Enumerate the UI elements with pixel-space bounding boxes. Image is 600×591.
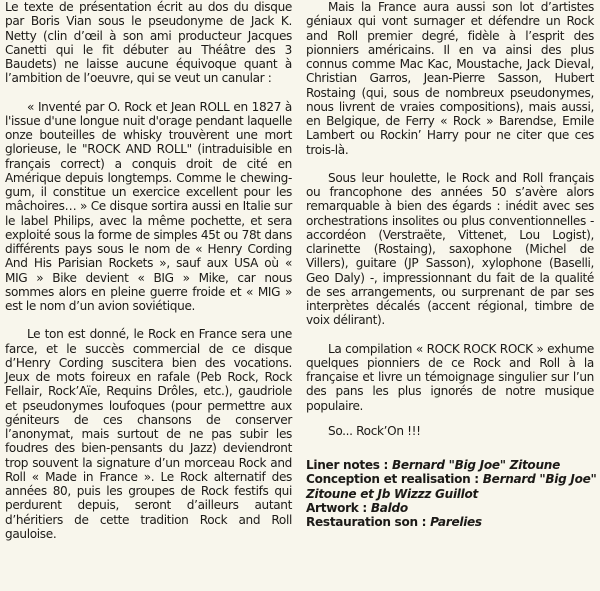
credit-sound-restoration: Restauration son : Parelies: [306, 515, 594, 529]
credit-conception: Conception et realisation : Bernard "Big…: [306, 472, 594, 486]
liner-notes-page: Le texte de présentation écrit au dos du…: [0, 0, 600, 591]
intro-paragraph: Le texte de présentation écrit au dos du…: [5, 0, 292, 86]
houlette-paragraph: Sous leur houlette, le Rock and Roll fra…: [306, 171, 594, 328]
left-column: Le texte de présentation écrit au dos du…: [5, 0, 292, 541]
compilation-paragraph: La compilation « ROCK ROCK ROCK » exhume…: [306, 342, 594, 413]
tone-paragraph: Le ton est donné, le Rock en France sera…: [5, 327, 292, 541]
credit-artwork: Artwork : Baldo: [306, 501, 594, 515]
credits-block: Liner notes : Bernard "Big Joe" Zitoune …: [306, 458, 594, 529]
artists-paragraph: Mais la France aura aussi son lot d’arti…: [306, 0, 594, 157]
credit-liner-notes: Liner notes : Bernard "Big Joe" Zitoune: [306, 458, 594, 472]
credit-conception-continued: Zitoune et Jb Wizzz Guillot: [306, 487, 594, 501]
right-column: Mais la France aura aussi son lot d’arti…: [306, 0, 594, 529]
rock-on-line: So... Rock’On !!!: [306, 424, 594, 438]
boris-vian-quote-paragraph: « Inventé par O. Rock et Jean ROLL en 18…: [5, 100, 292, 314]
